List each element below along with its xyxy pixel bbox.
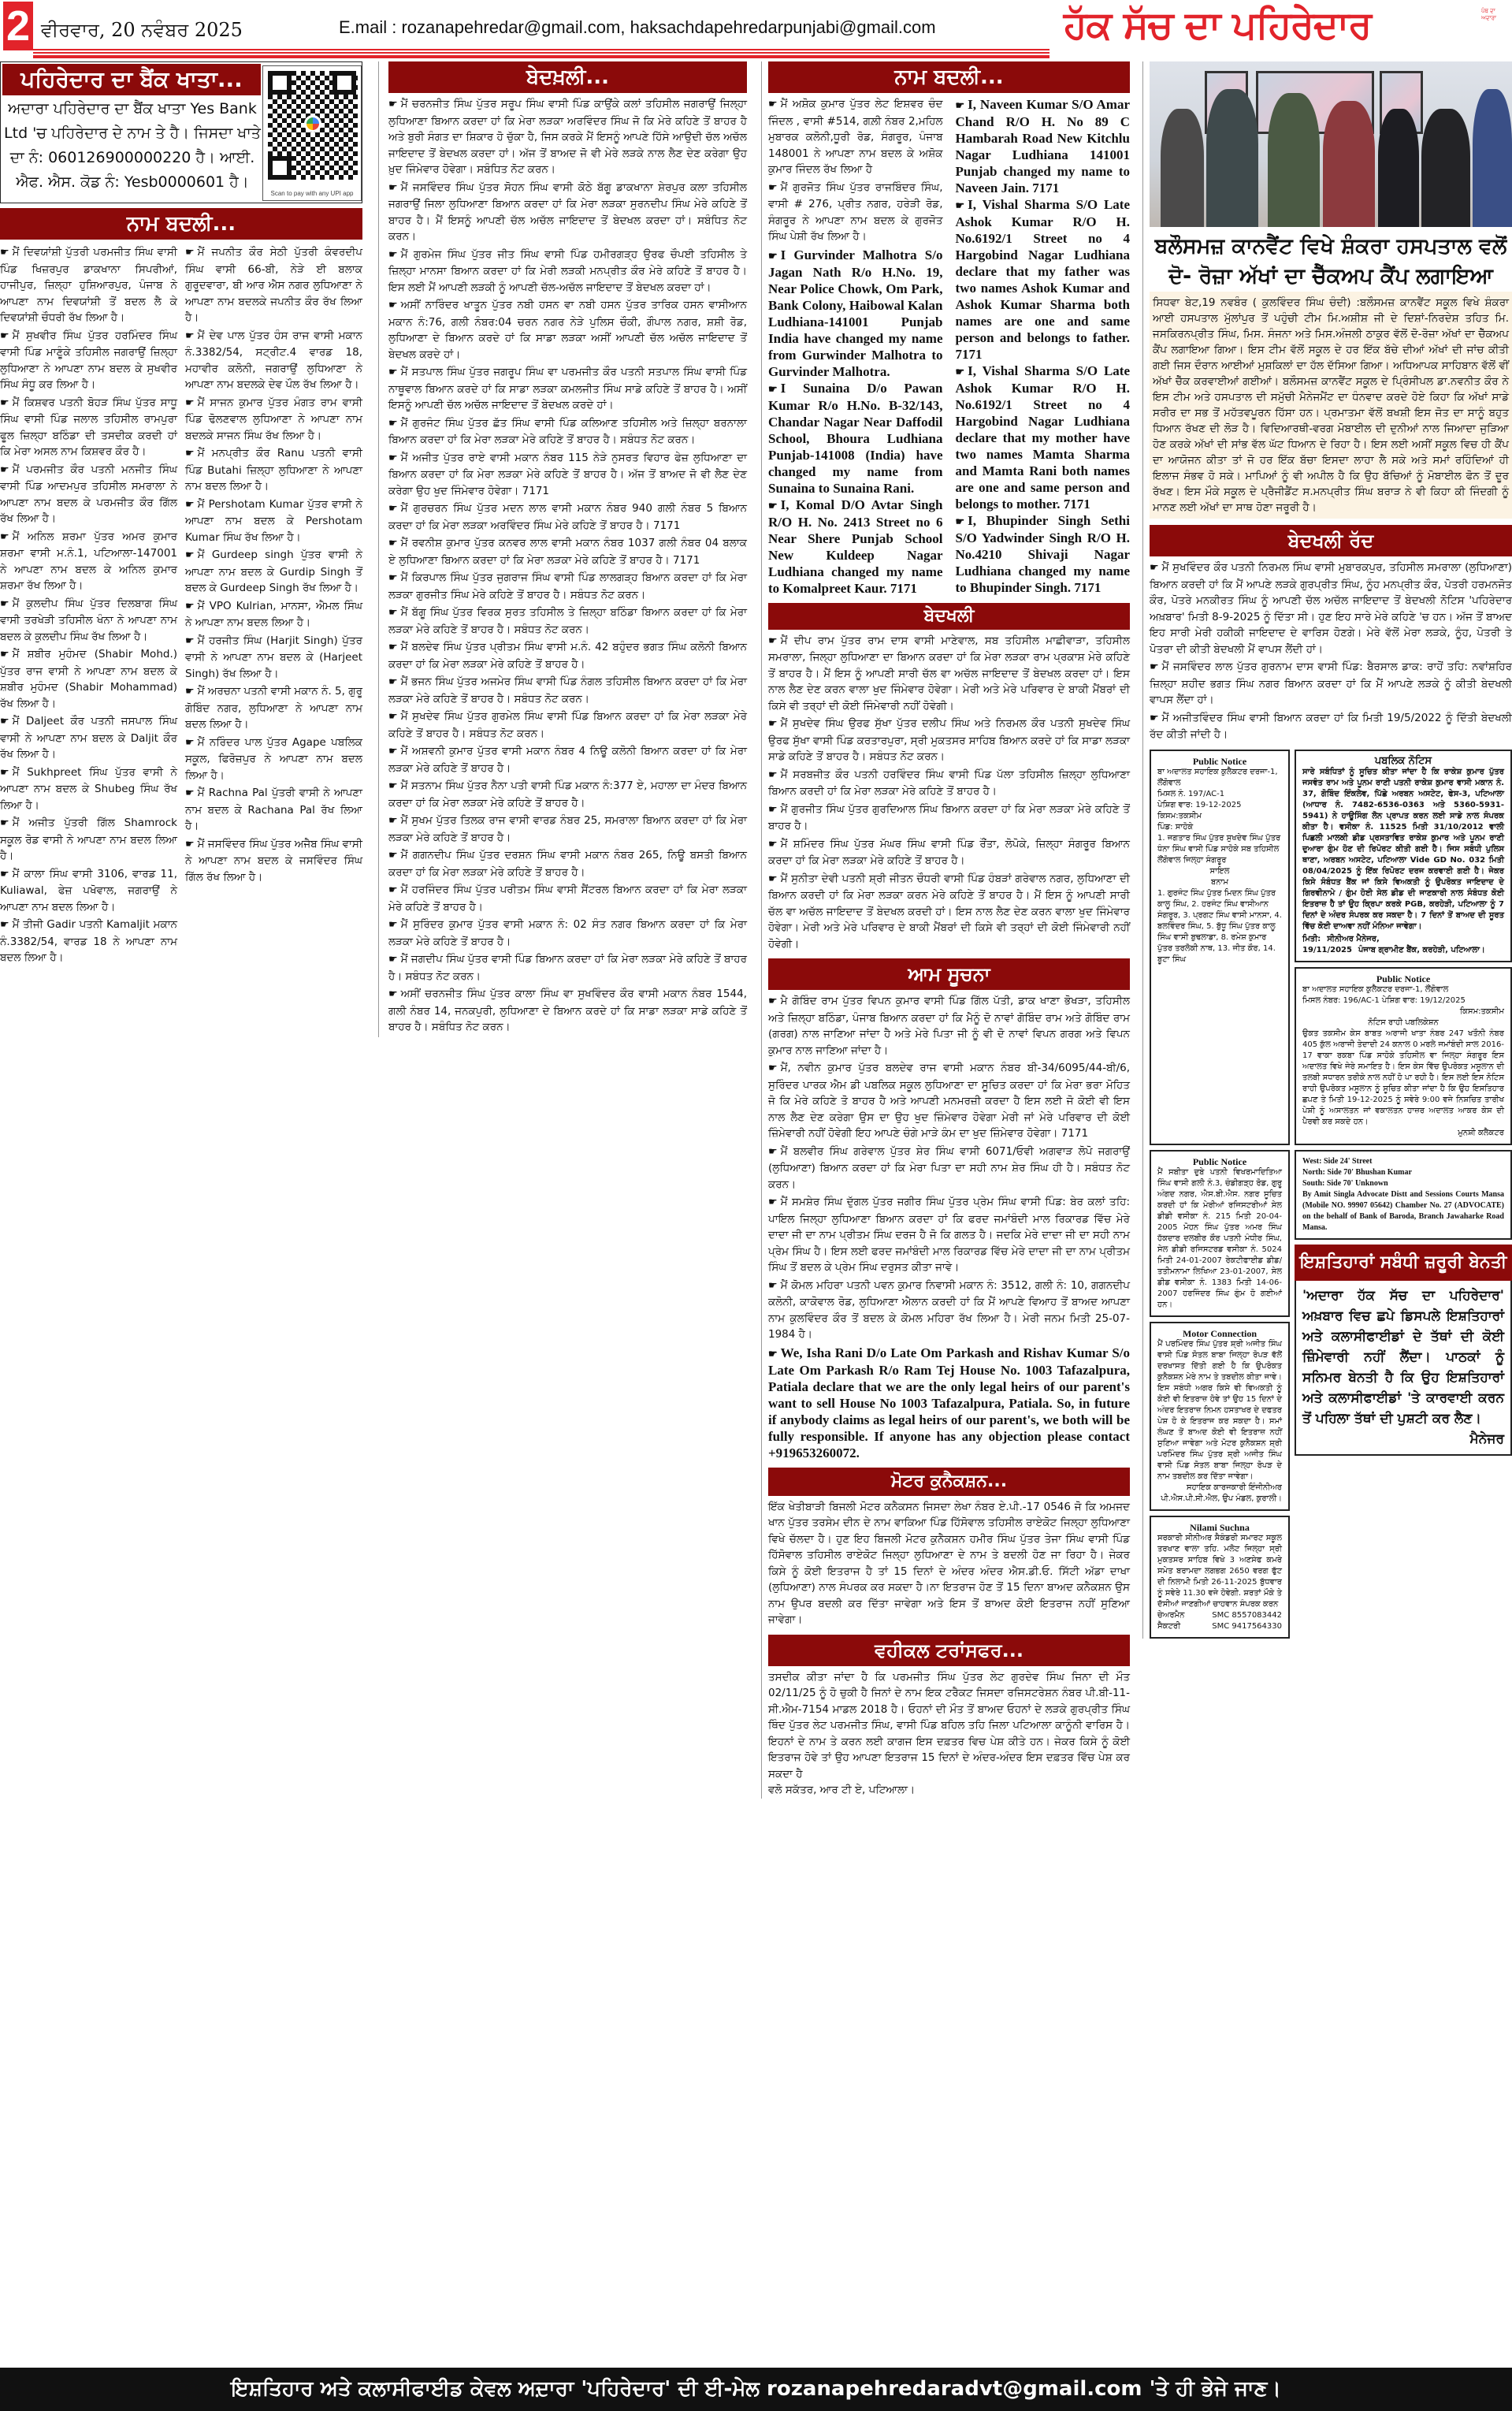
upi-qr-code[interactable]: Scan to pay with any UPI app <box>262 65 362 201</box>
notice-item: ☛ਮੈਂ ਗੁਰਜੰਟ ਸਿੰਘ ਪੁੱਤਰ ਛੱਤ ਸਿੰਘ ਵਾਸੀ ਪਿੰ… <box>388 415 747 448</box>
name-change-block: ☛ਮੈਂ ਅਸ਼ੋਕ ਕੁਮਾਰ ਪੁੱਤਰ ਲੇਟ ਇਸ਼ਵਰ ਚੰਦ ਜਿੰ… <box>768 96 1130 597</box>
column-disinheritance: ਬੇਦਖ਼ਲੀ... ☛ਮੈਂ ਚਰਨਜੀਤ ਸਿੰਘ ਪੁੱਤਰ ਸਰੂਪ ਸ… <box>378 61 747 1037</box>
person <box>1378 109 1419 227</box>
notice-item: ☛ਮੈਂ ਗੁਰਮੇਜ ਸਿੰਘ ਪੁੱਤਰ ਜੀਤ ਸਿੰਘ ਵਾਸੀ ਪਿੰ… <box>388 247 747 296</box>
person <box>1206 89 1258 227</box>
notice-item: ☛I, Komal D/O Avtar Singh R/O H. No. 241… <box>768 497 943 597</box>
classified-grid-upper: Public Notice ਬਾ ਅਦਾਲਤ ਸਹਾਇਕ ਕੁਲੈਕਟਰ ਦਰਜ… <box>1150 750 1512 1145</box>
notice-item: ☛ਮੈਂ ਸੁਖਮ ਪੁੱਤਰ ਤਿਲਕ ਰਾਜ ਵਾਸੀ ਵਾਰਡ ਨੰਬਰ … <box>388 813 747 846</box>
name-change-subcolumn-left: ☛ਮੈਂ ਅਸ਼ੋਕ ਕੁਮਾਰ ਪੁੱਤਰ ਲੇਟ ਇਸ਼ਵਰ ਚੰਦ ਜਿੰ… <box>768 96 943 597</box>
pointing-hand-icon: ☛ <box>388 676 398 688</box>
motor-connection-notice: Motor Connection ਮੈਂ ਪਰਮਿੰਦਰ ਸਿੰਘ ਪੁੱਤਰ … <box>1150 1322 1290 1511</box>
notice-item: ☛I, Naveen Kumar S/O Amar Chand R/O H. N… <box>956 96 1131 196</box>
vehicle-transfer-text: ਤਸਦੀਕ ਕੀਤਾ ਜਾਂਦਾ ਹੈ ਕਿ ਪਰਮਜੀਤ ਸਿੰਘ ਪੁੱਤਰ… <box>768 1669 1130 1783</box>
notice-item: ☛ਮੈਂ ਅਸ਼ੋਕ ਕੁਮਾਰ ਪੁੱਤਰ ਲੇਟ ਇਸ਼ਵਰ ਚੰਦ ਜਿੰ… <box>768 96 943 178</box>
pointing-hand-icon: ☛ <box>185 397 195 409</box>
pointing-hand-icon: ☛ <box>388 711 398 723</box>
column-right: ਬਲੌਸਮਜ਼ ਕਾਨਵੈਂਟ ਵਿਖੇ ਸ਼ੰਕਰਾ ਹਸਪਤਾਲ ਵਲੋਂ … <box>1142 61 1512 1639</box>
general-notices: ☛ਮੈ ਗੋਬਿੰਦ ਰਾਮ ਪੁੱਤਰ ਵਿਪਨ ਕੁਮਾਰ ਵਾਸੀ ਪਿੰ… <box>768 993 1130 1343</box>
qr-finder-icon <box>268 71 292 95</box>
person <box>1323 101 1375 227</box>
auction-notice: Nilami Suchna ਸਰਕਾਰੀ ਸੀਨੀਅਰ ਸੈਕੰਡਰੀ ਸਮਾਰ… <box>1150 1516 1290 1639</box>
notice-item: ☛ਮੈਂ ਗਗਨਦੀਪ ਸਿੰਘ ਪੁੱਤਰ ਦਰਸ਼ਨ ਸਿੰਘ ਵਾਸੀ ਮ… <box>388 847 747 880</box>
public-notice-lost-deeds: Public Notice ਮੈਂ ਸਬੀਤਾ ਦੁਬੇ ਪਤਨੀ ਵਿਖਰਮਾ… <box>1150 1150 1290 1317</box>
notice-item: ☛ਮੈਂ ਦੀਪ ਰਾਮ ਪੁੱਤਰ ਰਾਮ ਦਾਸ ਵਾਸੀ ਮਾਣੇਵਾਲ,… <box>768 633 1130 715</box>
pointing-hand-icon: ☛ <box>185 737 195 749</box>
motor-connection-text: ਇੱਕ ਖੇਤੀਬਾੜੀ ਬਿਜਲੀ ਮੋਟਰ ਕਨੈਕਸਨ ਜਿਸਦਾ ਲੇਖ… <box>768 1499 1130 1628</box>
section-banner-name-change: ਨਾਮ ਬਦਲੀ... <box>768 61 1130 93</box>
pointing-hand-icon: ☛ <box>956 515 965 527</box>
disinheritance-notices: ☛ਮੈਂ ਦੀਪ ਰਾਮ ਪੁੱਤਰ ਰਾਮ ਦਾਸ ਵਾਸੀ ਮਾਣੇਵਾਲ,… <box>768 633 1130 953</box>
pointing-hand-icon: ☛ <box>185 635 195 647</box>
secretary-phone[interactable]: SMC 9417564330 <box>1212 1621 1282 1632</box>
pointing-hand-icon: ☛ <box>768 1062 778 1074</box>
notice-item: ☛ਮੈਂ, ਨਵੀਨ ਕੁਮਾਰ ਪੁੱਤਰ ਬਲਦੇਵ ਰਾਜ ਵਾਸੀ ਮਕ… <box>768 1060 1130 1142</box>
pointing-hand-icon: ☛ <box>185 247 195 259</box>
notice-item: ☛ਮੈਂ ਕਾਲਾ ਸਿੰਘ ਵਾਸੀ 3106, ਵਾਰਡ 11, Kulia… <box>0 866 177 916</box>
pointing-hand-icon: ☛ <box>0 531 9 543</box>
notice-item: ☛ਮੈਂ ਜਸਵਿੰਦਰ ਲਾਲ ਪੁੱਤਰ ਗੁਰਨਾਮ ਦਾਸ ਵਾਸੀ ਪ… <box>1150 659 1512 709</box>
pointing-hand-icon: ☛ <box>768 1280 778 1292</box>
pointing-hand-icon: ☛ <box>956 366 965 378</box>
pointing-hand-icon: ☛ <box>388 572 398 584</box>
logo-text: ਹੱਕ ਸੱਚ ਦਾ ਪਹਿਰੇਦਾਰ <box>1064 3 1371 47</box>
notice-item: ☛I, Vishal Sharma S/O Late Ashok Kumar R… <box>956 363 1131 512</box>
pointing-hand-icon: ☛ <box>0 919 9 931</box>
logo-tagline: ਪੰਥ ਦਾ ਅਦਾਰਾ <box>1481 8 1512 22</box>
masthead-rule <box>33 49 1049 58</box>
notice-item: ☛ਮੈਂ ਗੁਰਚਰਨ ਸਿੰਘ ਪੁੱਤਰ ਮਦਨ ਲਾਲ ਵਾਸੀ ਮਕਾਨ… <box>388 500 747 534</box>
pointing-hand-icon: ☛ <box>388 642 398 653</box>
pointing-hand-icon: ☛ <box>768 635 778 647</box>
pointing-hand-icon: ☛ <box>388 182 398 194</box>
pointing-hand-icon: ☛ <box>768 383 778 395</box>
qr-caption: Scan to pay with any UPI app <box>263 190 361 197</box>
notice-item: ☛ਮੈਂ ਜਗਦੀਪ ਸਿੰਘ ਪੁੱਤਰ ਵਾਸੀ ਪਿੰਡ ਬਿਆਨ ਕਰਦ… <box>388 951 747 984</box>
chairman-phone[interactable]: SMC 8557083442 <box>1212 1610 1282 1621</box>
bank-account-title: ਪਹਿਰੇਦਾਰ ਦਾ ਬੈਂਕ ਖਾਤਾ... <box>2 64 261 95</box>
pointing-hand-icon: ☛ <box>388 884 398 896</box>
notice-item: ☛ਮੈਂ ਭਜਨ ਸਿੰਘ ਪੁੱਤਰ ਅਜਮੇਰ ਸਿੰਘ ਵਾਸੀ ਪਿੰਡ… <box>388 674 747 707</box>
notice-item: ☛ਮੈਂ ਸੁਖਦੇਵ ਸਿੰਘ ਉਰਫ ਸੁੱਖਾ ਪੁੱਤਰ ਦਲੀਪ ਸਿ… <box>768 716 1130 765</box>
notice-item: ☛ਮੈਂ ਅਸ਼ਵਨੀ ਕੁਮਾਰ ਪੁੱਤਰ ਵਾਸੀ ਮਕਾਨ ਨੰਬਰ 4… <box>388 743 747 776</box>
pointing-hand-icon: ☛ <box>388 954 398 966</box>
notice-item: ☛I, Bhupinder Singh Sethi S/O Yadwinder … <box>956 512 1131 596</box>
notice-item: ☛ਮੈਂ ਦਿਵਯਾਂਸ਼ੀ ਪੁੱਤਰੀ ਪਰਮਜੀਤ ਸਿੰਘ ਵਾਸੀ ਪ… <box>0 244 177 326</box>
notice-item: ☛ਮੈਂ Sukhpreet ਸਿੰਘ ਪੁੱਤਰ ਵਾਸੀ ਨੇ ਆਪਣਾ ਨ… <box>0 765 177 814</box>
pointing-hand-icon: ☛ <box>185 601 195 612</box>
section-banner-general-notice: ਆਮ ਸੂਚਨਾ <box>768 958 1130 990</box>
pointing-hand-icon: ☛ <box>185 787 195 799</box>
english-name-change-right: ☛I, Naveen Kumar S/O Amar Chand R/O H. N… <box>956 96 1131 597</box>
notice-item-english: ☛We, Isha Rani D/o Late Om Parkash and R… <box>768 1345 1130 1461</box>
name-change-subcolumn-right: ☛ਮੈਂ ਜਪਨੀਤ ਕੌਰ ਸੇਠੀ ਪੁੱਤਰੀ ਕੰਵਰਦੀਪ ਸਿੰਘ … <box>185 244 362 968</box>
bank-of-baroda-notice: West: Side 24' Street North: Side 70' Bh… <box>1295 1150 1512 1240</box>
notice-item: ☛ਮੈਂ ਸ਼ਮਿੰਦਰ ਸਿੰਘ ਪੁੱਤਰ ਮੱਘਰ ਸਿੰਘ ਵਾਸੀ ਪ… <box>768 836 1130 869</box>
gpay-logo-icon <box>304 115 321 132</box>
pointing-hand-icon: ☛ <box>388 919 398 931</box>
notice-item: ☛ਮੈਂ ਸੁਨੀਤਾ ਦੇਵੀ ਪਤਨੀ ਸ਼੍ਰੀ ਜੀਤਨ ਚੌਧਰੀ ਵ… <box>768 871 1130 953</box>
section-banner-advertising-request: ਇਸ਼ਤਿਹਾਰਾਂ ਸਬੰਧੀ ਜ਼ਰੂਰੀ ਬੇਨਤੀ <box>1295 1245 1512 1281</box>
notice-item: ☛ਮੈਂ ਨਰਿੰਦਰ ਪਾਲ ਪੁੱਤਰ Agape ਪਬਲਿਕ ਸਕੂਲ, … <box>185 735 362 784</box>
pointing-hand-icon: ☛ <box>388 418 398 430</box>
pointing-hand-icon: ☛ <box>185 499 195 511</box>
notice-item: ☛ਮੈਂ ਕਿਰਪਾਲ ਸਿੰਘ ਪੁੱਤਰ ਜੁਗਰਾਜ ਸਿੰਘ ਵਾਸੀ … <box>388 570 747 603</box>
notice-item: ☛ਮੈਂ ਸੁਖਵਿੰਦਰ ਕੌਰ ਪਤਨੀ ਨਿਰਮਲ ਸਿੰਘ ਵਾਸੀ ਮ… <box>1150 560 1512 657</box>
notice-item: ☛ਮੈਂ ਦੇਵ ਪਾਲ ਪੁੱਤਰ ਹੰਸ ਰਾਜ ਵਾਸੀ ਮਕਾਨ ਨੰ.… <box>185 328 362 393</box>
section-banner-disinheritance: ਬੇਦਖਲੀ <box>768 603 1130 630</box>
pointing-hand-icon: ☛ <box>0 869 9 880</box>
notice-item: ☛ਮੈਂ ਸਤਪਾਲ ਸਿੰਘ ਪੁੱਤਰ ਜਗਰੂਪ ਸਿੰਘ ਵਾ ਪਰਮਜ… <box>388 364 747 414</box>
pointing-hand-icon: ☛ <box>0 247 9 259</box>
notice-item: ☛ਮੈਂ ਸ਼ਬੀਰ ਮੁਹੰਮਦ (Shabir Mohd.) ਪੁੱਤਰ ਰ… <box>0 646 177 712</box>
notice-item: ☛ਮੈਂ ਕਿਸ਼ਵਰ ਪਤਨੀ ਬੋਹੜ ਸਿੰਘ ਪੁੱਤਰ ਸਾਧੂ ਸਿ… <box>0 395 177 460</box>
pointing-hand-icon: ☛ <box>0 817 9 829</box>
masthead: 2 ਵੀਰਵਾਰ, 20 ਨਵੰਬਰ 2025 E.mail : rozanap… <box>0 0 1512 57</box>
newspaper-logo: ਹੱਕ ਸੱਚ ਦਾ ਪਹਿਰੇਦਾਰ <box>1064 3 1371 48</box>
pointing-hand-icon: ☛ <box>956 199 965 211</box>
pointing-hand-icon: ☛ <box>185 330 195 342</box>
notice-item: ☛I, Vishal Sharma S/O Late Ashok Kumar R… <box>956 196 1131 363</box>
pointing-hand-icon: ☛ <box>185 549 195 561</box>
pointing-hand-icon: ☛ <box>1150 713 1159 724</box>
pointing-hand-icon: ☛ <box>388 300 398 311</box>
section-banner-motor-connection: ਮੋਟਰ ਕੁਨੈਕਸ਼ਨ... <box>768 1468 1130 1496</box>
pointing-hand-icon: ☛ <box>388 815 398 827</box>
pointing-hand-icon: ☛ <box>388 503 398 515</box>
notice-item: ☛ਮੈਂ ਅਨਿਲ ਸ਼ਰਮਾ ਪੁੱਤਰ ਅਮਰ ਕੁਮਾਰ ਸ਼ਰਮਾ ਵਾ… <box>0 529 177 594</box>
notice-item: ☛ਮੈਂ Daljeet ਕੌਰ ਪਤਨੀ ਜਸਪਾਲ ਸਿੰਘ ਵਾਸੀ ਨੇ… <box>0 713 177 763</box>
pointing-hand-icon: ☛ <box>768 99 778 110</box>
pointing-hand-icon: ☛ <box>185 686 195 698</box>
classified-left-stack: Public Notice ਮੈਂ ਸਬੀਤਾ ਦੁਬੇ ਪਤਨੀ ਵਿਖਰਮਾ… <box>1150 1150 1290 1639</box>
footer-bar: ਇਸ਼ਤਿਹਾਰ ਅਤੇ ਕਲਾਸੀਫਾਈਡ ਕੇਵਲ ਅਦ਼ਾਰਾ 'ਪਹਿਰ… <box>0 2368 1512 2411</box>
pointing-hand-icon: ☛ <box>388 988 398 1000</box>
issue-date: ਵੀਰਵਾਰ, 20 ਨਵੰਬਰ 2025 <box>41 19 243 41</box>
disinheritance-notices: ☛ਮੈਂ ਚਰਨਜੀਤ ਸਿੰਘ ਪੁੱਤਰ ਸਰੂਪ ਸਿੰਘ ਵਾਸੀ ਪਿ… <box>388 96 747 1036</box>
notice-item: ☛ਮੈਂ ਤੀਜੀ Gadir ਪਤਨੀ Kamaljit ਮਕਾਨ ਨੰ.33… <box>0 917 177 966</box>
punjabi-name-change: ☛ਮੈਂ ਅਸ਼ੋਕ ਕੁਮਾਰ ਪੁੱਤਰ ਲੇਟ ਇਸ਼ਵਰ ਚੰਦ ਜਿੰ… <box>768 96 943 245</box>
classified-right-stack-lower: West: Side 24' Street North: Side 70' Bh… <box>1295 1150 1512 1639</box>
pointing-hand-icon: ☛ <box>388 780 398 792</box>
notice-item: ☛ਮੈਂ Rachna Pal ਪੁੱਤਰੀ ਵਾਸੀ ਨੇ ਆਪਣਾ ਨਾਮ … <box>185 785 362 835</box>
english-name-change-left: ☛I Gurvinder Malhotra S/o Jagan Nath R/o… <box>768 247 943 597</box>
qr-finder-icon <box>332 71 356 95</box>
pointing-hand-icon: ☛ <box>388 99 398 110</box>
notice-item: ☛ਅਸੀਂ ਚਰਨਜੀਤ ਸਿੰਘ ਪੁੱਤਰ ਕਾਲਾ ਸਿੰਘ ਵਾ ਸੁਖ… <box>388 986 747 1036</box>
cancelled-disinheritance-notices: ☛ਮੈਂ ਸੁਖਵਿੰਦਰ ਕੌਰ ਪਤਨੀ ਨਿਰਮਲ ਸਿੰਘ ਵਾਸੀ ਮ… <box>1150 560 1512 743</box>
pointing-hand-icon: ☛ <box>768 1196 778 1208</box>
pointing-hand-icon: ☛ <box>388 607 398 619</box>
pointing-hand-icon: ☛ <box>0 464 9 476</box>
pointing-hand-icon: ☛ <box>768 1348 778 1360</box>
pointing-hand-icon: ☛ <box>388 452 398 464</box>
section-banner-vehicle-transfer: ਵਹੀਕਲ ਟਰਾਂਸਫਰ... <box>768 1635 1130 1666</box>
qr-finder-icon <box>268 156 292 180</box>
notice-item: ☛ਮੈਂ ਹਰਜੀਤ ਸਿੰਘ (Harjit Singh) ਪੁੱਤਰ ਵਾਸ… <box>185 633 362 683</box>
pointing-hand-icon: ☛ <box>0 397 9 409</box>
classified-right-stack: ਪਬਲਿਕ ਨੋਟਿਸ ਸਾਰੇ ਸਬੰਧਿਤਾਂ ਨੂੰ ਸੂਚਿਤ ਕੀਤਾ… <box>1295 750 1512 1145</box>
notice-item: ☛ਮੈਂ ਸਾਜਨ ਕੁਮਾਰ ਪੁੱਤਰ ਮੰਗਤ ਰਾਮ ਵਾਸੀ ਪਿੰਡ… <box>185 395 362 445</box>
bank-lost-deed-notice: ਪਬਲਿਕ ਨੋਟਿਸ ਸਾਰੇ ਸਬੰਧਿਤਾਂ ਨੂੰ ਸੂਚਿਤ ਕੀਤਾ… <box>1295 750 1512 962</box>
pointing-hand-icon: ☛ <box>185 839 195 850</box>
person <box>1473 89 1512 227</box>
notice-item: ☛ਮੈਂ ਸਤਨਾਮ ਸਿੰਘ ਪੁੱਤਰ ਨੈਨਾ ਪਤੀ ਵਾਸੀ ਪਿੰਡ… <box>388 778 747 811</box>
section-banner-disinheritance-cancelled: ਬੇਦਖਲੀ ਰੱਦ <box>1150 525 1512 556</box>
person <box>1421 109 1470 227</box>
notice-item: ☛ਮੈਂ ਅਰਚਨਾ ਪਤਨੀ ਵਾਸੀ ਮਕਾਨ ਨੰ. 5, ਗੁਰੂ ਗੋ… <box>185 683 362 733</box>
notice-item: ☛ਮੈਂ VPO Kulrian, ਮਾਨਸਾ, ਐਮਲ ਸਿੰਘ ਨੇ ਆਪਣ… <box>185 598 362 631</box>
classified-grid-lower: Public Notice ਮੈਂ ਸਬੀਤਾ ਦੁਬੇ ਪਤਨੀ ਵਿਖਰਮਾ… <box>1150 1150 1512 1639</box>
person <box>1268 93 1320 227</box>
notice-item: ☛ਮੈਂ ਜਪਨੀਤ ਕੌਰ ਸੇਠੀ ਪੁੱਤਰੀ ਕੰਵਰਦੀਪ ਸਿੰਘ … <box>185 244 362 326</box>
notice-item: ☛ਮੈਂ ਬੱਗੂ ਸਿੰਘ ਪੁੱਤਰ ਵਿਰਕ ਸੁਰਤ ਤਹਿਸੀਲ ਤੇ… <box>388 605 747 638</box>
notice-item: ☛ਮੈਂ ਪਰਮਜੀਤ ਕੌਰ ਪਤਨੀ ਮਨਜੀਤ ਸਿੰਘ ਵਾਸੀ ਪਿੰ… <box>0 462 177 527</box>
page-number: 2 <box>3 2 33 50</box>
pointing-hand-icon: ☛ <box>0 649 9 660</box>
pointing-hand-icon: ☛ <box>768 995 778 1007</box>
notice-item: ☛ਮੈਂ ਅਜੀਤ ਪੁੱਤਰੀ ਗਿੱਲ Shamrock ਸਕੂਲ ਰੋਡ … <box>0 815 177 865</box>
bank-account-box: ਪਹਿਰੇਦਾਰ ਦਾ ਬੈਂਕ ਖਾਤਾ... ਅਦਾਰਾ ਪਹਿਰੇਦਾਰ … <box>0 61 362 203</box>
pointing-hand-icon: ☛ <box>1150 562 1159 574</box>
pointing-hand-icon: ☛ <box>388 850 398 861</box>
notice-item: ☛ਮੈਂ ਕੋਮਲ ਮਹਿਰਾ ਪਤਨੀ ਪਵਨ ਕੁਮਾਰ ਨਿਵਾਸੀ ਮਕ… <box>768 1278 1130 1343</box>
contact-emails[interactable]: E.mail : rozanapehredar@gmail.com, haksa… <box>339 17 936 38</box>
section-banner-disinheritance: ਬੇਦਖ਼ਲੀ... <box>388 61 747 93</box>
pointing-hand-icon: ☛ <box>768 769 778 781</box>
footer-advert-email-text: ਇਸ਼ਤਿਹਾਰ ਅਤੇ ਕਲਾਸੀਫਾਈਡ ਕੇਵਲ ਅਦ਼ਾਰਾ 'ਪਹਿਰ… <box>231 2377 1281 2401</box>
news-photo <box>1150 61 1512 227</box>
vehicle-transfer-signoff: ਵਲੋ ਸਕੱਤਰ, ਆਰ ਟੀ ਏ, ਪਟਿਆਲਾ। <box>768 1782 1130 1799</box>
pointing-hand-icon: ☛ <box>388 249 398 261</box>
bank-account-details: ਅਦਾਰਾ ਪਹਿਰੇਦਾਰ ਦਾ ਬੈਂਕ ਖਾਤਾ Yes Bank Ltd… <box>4 97 261 195</box>
notice-item: ☛ਮੈਂ ਬਲਵੀਰ ਸਿੰਘ ਗਰੇਵਾਲ ਪੁੱਤਰ ਸ਼ੇਰ ਸਿੰਘ ਵ… <box>768 1144 1130 1193</box>
pointing-hand-icon: ☛ <box>0 330 9 342</box>
pointing-hand-icon: ☛ <box>768 839 778 850</box>
pointing-hand-icon: ☛ <box>768 500 778 512</box>
notice-item: ☛ਮੈਂ Gurdeep singh ਪੁੱਤਰ ਵਾਸੀ ਨੇ ਆਪਣਾ ਨਾ… <box>185 547 362 597</box>
notice-item: ☛ਮੈਂ ਬਲਦੇਵ ਸਿੰਘ ਪੁੱਤਰ ਪ੍ਰੀਤਮ ਸਿੰਘ ਵਾਸੀ ਮ… <box>388 639 747 672</box>
pointing-hand-icon: ☛ <box>388 538 398 549</box>
notice-item: ☛ਮੈਂ ਗੁਰਜੀਤ ਸਿੰਘ ਪੁੱਤਰ ਗੁਰਦਿਆਲ ਸਿੰਘ ਬਿਆਨ… <box>768 802 1130 835</box>
notice-item: ☛ਮੈਂ ਕੁਲਦੀਪ ਸਿੰਘ ਪੁੱਤਰ ਦਿਲਬਾਗ ਸਿੰਘ ਵਾਸੀ … <box>0 596 177 646</box>
name-change-notices: ☛ਮੈਂ ਦਿਵਯਾਂਸ਼ੀ ਪੁੱਤਰੀ ਪਰਮਜੀਤ ਸਿੰਘ ਵਾਸੀ ਪ… <box>0 244 362 968</box>
notice-item: ☛ਅਸੀਂ ਨਾਰਿੰਦਰ ਖਾਤੂਨ ਪੁੱਤਰ ਨਬੀ ਹਸਨ ਵਾ ਨਬੀ… <box>388 297 747 363</box>
notice-item: ☛ਮੈਂ ਸੁਖਵੀਰ ਸਿੰਘ ਪੁੱਤਰ ਹਰਮਿੰਦਰ ਸਿੰਘ ਵਾਸੀ… <box>0 328 177 393</box>
pointing-hand-icon: ☛ <box>768 182 778 194</box>
notice-item: ☛ਮੈਂ ਜਸਵਿੰਦਰ ਸਿੰਘ ਪੁੱਤਰ ਅਜੈਬ ਸਿੰਘ ਵਾਸੀ ਨ… <box>185 836 362 886</box>
notice-item: ☛ਮੈਂ ਸੁਰਿੰਦਰ ਕੁਮਾਰ ਪੁੱਤਰ ਵਾਸੀ ਮਕਾਨ ਨੰ: 0… <box>388 917 747 950</box>
pointing-hand-icon: ☛ <box>0 598 9 610</box>
pointing-hand-icon: ☛ <box>768 250 778 262</box>
person <box>1161 109 1204 227</box>
pointing-hand-icon: ☛ <box>768 718 778 730</box>
notice-item: ☛ਮੈਂ ਅਜੀਤ ਪੁੱਤਰ ਰਾਏ ਵਾਸੀ ਮਕਾਨ ਨੰਬਰ 115 ਨ… <box>388 450 747 500</box>
notice-item: ☛I Gurvinder Malhotra S/o Jagan Nath R/o… <box>768 247 943 380</box>
section-banner-name-change: ਨਾਮ ਬਦਲੀ... <box>0 208 362 240</box>
notice-item: ☛ਮੈਂ ਰਵਨੀਸ਼ ਕੁਮਾਰ ਪੁੱਤਰ ਕਨਵਰ ਲਾਲ ਵਾਸੀ ਮਕ… <box>388 535 747 568</box>
pointing-hand-icon: ☛ <box>768 1146 778 1158</box>
article-body: ਸਿਧਵਾ ਬੇਟ,19 ਨਵਬੰਰ ( ਕੁਲਵਿੰਦਰ ਸਿੰਘ ਚੰਦੀ)… <box>1150 292 1512 519</box>
notice-item: ☛ਮੈਂ ਸੁਖਦੇਵ ਸਿੰਘ ਪੁੱਤਰ ਗੁਰਮੇਲ ਸਿੰਘ ਵਾਸੀ … <box>388 709 747 742</box>
public-notice-court-196: Public Notice ਬਾ ਅਦਾਲਤ ਸਹਾਇਕ ਕੁਲੈਕਟਰ ਦਰਜ… <box>1295 967 1512 1145</box>
notice-item: ☛ਮੈਂ ਗੁਰਜੋਤ ਸਿੰਘ ਪੁੱਤਰ ਰਾਜਬਿੰਦਰ ਸਿੰਘ, ਵਾ… <box>768 180 943 245</box>
notice-item: ☛ਮੈਂ ਸਮਸ਼ੇਰ ਸਿੰਘ ਦੁੱਗਲ ਪੁੱਤਰ ਜਗੀਰ ਸਿੰਘ ਪ… <box>768 1194 1130 1276</box>
pointing-hand-icon: ☛ <box>0 767 9 779</box>
pointing-hand-icon: ☛ <box>388 746 398 757</box>
column-name-change-left: ਪਹਿਰੇਦਾਰ ਦਾ ਬੈਂਕ ਖਾਤਾ... ਅਦਾਰਾ ਪਹਿਰੇਦਾਰ … <box>0 61 362 968</box>
notice-item: ☛ਮੈਂ ਅਜੀਤਵਿੰਦਰ ਸਿੰਘ ਵਾਸੀ ਬਿਆਨ ਕਰਦਾ ਹਾਂ ਕ… <box>1150 710 1512 743</box>
pointing-hand-icon: ☛ <box>388 366 398 378</box>
notice-item: ☛ਮੈਂ Pershotam Kumar ਪੁੱਤਰ ਵਾਸੀ ਨੇ ਆਪਣਾ … <box>185 497 362 546</box>
article-headline: ਬਲੌਸਮਜ਼ ਕਾਨਵੈਂਟ ਵਿਖੇ ਸ਼ੰਕਰਾ ਹਸਪਤਾਲ ਵਲੋਂ … <box>1150 232 1512 292</box>
name-change-subcolumn-left: ☛ਮੈਂ ਦਿਵਯਾਂਸ਼ੀ ਪੁੱਤਰੀ ਪਰਮਜੀਤ ਸਿੰਘ ਵਾਸੀ ਪ… <box>0 244 177 968</box>
column-notices-center: ਨਾਮ ਬਦਲੀ... ☛ਮੈਂ ਅਸ਼ੋਕ ਕੁਮਾਰ ਪੁੱਤਰ ਲੇਟ ਇ… <box>761 61 1130 1799</box>
pointing-hand-icon: ☛ <box>0 716 9 727</box>
pointing-hand-icon: ☛ <box>768 804 778 816</box>
notice-item: ☛ਮੈਂ ਚਰਨਜੀਤ ਸਿੰਘ ਪੁੱਤਰ ਸਰੂਪ ਸਿੰਘ ਵਾਸੀ ਪਿ… <box>388 96 747 178</box>
notice-item: ☛ਮੈਂ ਹਰਜਿੰਦਰ ਸਿੰਘ ਪੁੱਤਰ ਪਰੀਤਮ ਸਿੰਘ ਵਾਸੀ … <box>388 882 747 915</box>
notice-item: ☛ਮੈਂ ਸਰਬਜੀਤ ਕੌਰ ਪਤਨੀ ਹਰਵਿੰਦਰ ਸਿੰਘ ਵਾਸੀ ਪ… <box>768 767 1130 800</box>
pointing-hand-icon: ☛ <box>1150 661 1159 673</box>
notice-item: ☛ਮੈਂ ਜਸਵਿੰਦਰ ਸਿੰਘ ਪੁੱਤਰ ਸੋਹਨ ਸਿੰਘ ਵਾਸੀ ਕ… <box>388 180 747 245</box>
notice-item: ☛ਮੈਂ ਮਨਪ੍ਰੀਤ ਕੌਰ Ranu ਪਤਨੀ ਵਾਸੀ ਪਿੰਡ But… <box>185 445 362 495</box>
pointing-hand-icon: ☛ <box>768 873 778 885</box>
pointing-hand-icon: ☛ <box>956 99 965 111</box>
public-notice-court-197: Public Notice ਬਾ ਅਦਾਲਤ ਸਹਾਇਕ ਕੁਲੈਕਟਰ ਦਰਜ… <box>1150 750 1290 1145</box>
advertising-disclaimer: 'ਅਦਾਰਾ ਹੱਕ ਸੱਚ ਦਾ ਪਹਿਰੇਦਾਰ' ਅਖ਼ਬਾਰ ਵਿਚ ਛ… <box>1295 1281 1512 1456</box>
notice-item: ☛ਮੈ ਗੋਬਿੰਦ ਰਾਮ ਪੁੱਤਰ ਵਿਪਨ ਕੁਮਾਰ ਵਾਸੀ ਪਿੰ… <box>768 993 1130 1059</box>
pointing-hand-icon: ☛ <box>185 448 195 460</box>
notice-item: ☛I Sunaina D/o Pawan Kumar R/o H.No. B-3… <box>768 380 943 497</box>
